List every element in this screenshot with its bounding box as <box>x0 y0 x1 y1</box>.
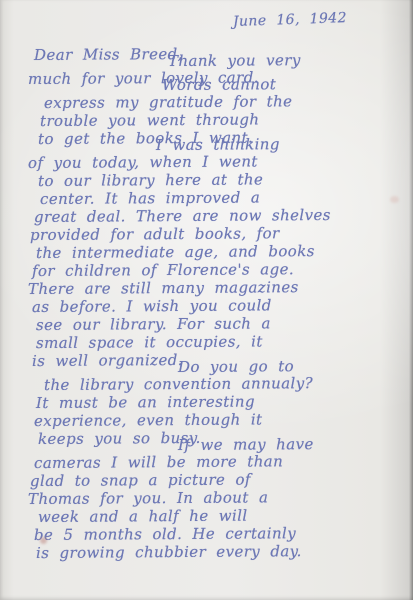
paper-stain <box>390 196 399 203</box>
letter-page: June 16, 1942 Dear Miss Breed, Thank you… <box>0 0 413 600</box>
paper-stain <box>40 537 47 544</box>
date-line: June 16, 1942 <box>233 7 413 31</box>
letter-line: is growing chubbier every day. <box>36 541 413 562</box>
